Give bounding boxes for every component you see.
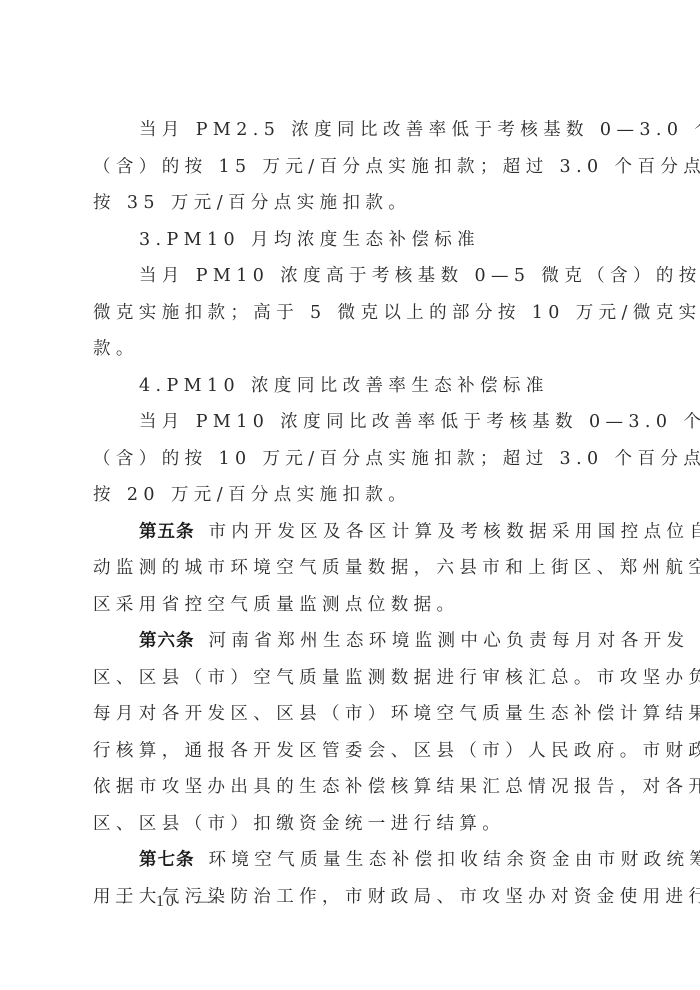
text-line: 按 35 万元/百分点实施扣款。 — [93, 185, 607, 222]
text-line: 区采用省控空气质量监测点位数据。 — [93, 587, 607, 624]
article-label: 第七条 — [139, 850, 195, 870]
line-text: 当月 PM10 浓度高于考核基数 0—5 微克（含）的按 5 万元/ — [139, 266, 700, 286]
text-line: 行核算，通报各开发区管委会、区县（市）人民政府。市财政局 — [93, 733, 607, 770]
article-line: 第六条河南省郑州生态环境监测中心负责每月对各开发 — [93, 623, 607, 660]
text-line: 当月 PM10 浓度同比改善率低于考核基数 0—3.0 个百分点 — [93, 404, 607, 441]
line-text: 4.PM10 浓度同比改善率生态补偿标准 — [139, 376, 549, 396]
line-text: 动监测的城市环境空气质量数据，六县市和上街区、郑州航空港 — [93, 558, 700, 578]
text-line: 动监测的城市环境空气质量数据，六县市和上街区、郑州航空港 — [93, 550, 607, 587]
line-text: 环境空气质量生态补偿扣收结余资金由市财政统筹 — [209, 850, 700, 870]
text-line: 每月对各开发区、区县（市）环境空气质量生态补偿计算结果进 — [93, 696, 607, 733]
footer-dash-left: — — [116, 893, 134, 910]
line-text: 河南省郑州生态环境监测中心负责每月对各开发 — [209, 631, 690, 651]
line-text: （含）的按 15 万元/百分点实施扣款；超过 3.0 个百分点的部分 — [93, 157, 700, 177]
article-line: 第五条市内开发区及各区计算及考核数据采用国控点位自 — [93, 514, 607, 551]
document-body: 当月 PM2.5 浓度同比改善率低于考核基数 0—3.0 个百分点（含）的按 1… — [93, 112, 607, 915]
line-text: （含）的按 10 万元/百分点实施扣款；超过 3.0 个百分点的部分 — [93, 449, 700, 469]
article-label: 第五条 — [139, 522, 195, 542]
text-line: 微克实施扣款；高于 5 微克以上的部分按 10 万元/微克实施扣 — [93, 295, 607, 332]
text-line: 当月 PM2.5 浓度同比改善率低于考核基数 0—3.0 个百分点 — [93, 112, 607, 149]
line-text: 每月对各开发区、区县（市）环境空气质量生态补偿计算结果进 — [93, 704, 700, 724]
article-label: 第六条 — [139, 631, 195, 651]
line-text: 当月 PM10 浓度同比改善率低于考核基数 0—3.0 个百分点 — [139, 412, 700, 432]
line-text: 区、区县（市）空气质量监测数据进行审核汇总。市攻坚办负责 — [93, 668, 700, 688]
line-text: 微克实施扣款；高于 5 微克以上的部分按 10 万元/微克实施扣 — [93, 303, 700, 323]
text-line: 区、区县（市）扣缴资金统一进行结算。 — [93, 806, 607, 843]
text-line: （含）的按 15 万元/百分点实施扣款；超过 3.0 个百分点的部分 — [93, 149, 607, 186]
text-line: 当月 PM10 浓度高于考核基数 0—5 微克（含）的按 5 万元/ — [93, 258, 607, 295]
line-text: 款。 — [93, 339, 139, 359]
line-text: 区、区县（市）扣缴资金统一进行结算。 — [93, 814, 505, 834]
text-line: 按 20 万元/百分点实施扣款。 — [93, 477, 607, 514]
line-text: 行核算，通报各开发区管委会、区县（市）人民政府。市财政局 — [93, 741, 700, 761]
line-text: 按 20 万元/百分点实施扣款。 — [93, 485, 411, 505]
text-line: 款。 — [93, 331, 607, 368]
line-text: 当月 PM2.5 浓度同比改善率低于考核基数 0—3.0 个百分点 — [139, 120, 700, 140]
line-text: 市内开发区及各区计算及考核数据采用国控点位自 — [209, 522, 700, 542]
page-number: 10 — [156, 893, 176, 910]
line-text: 依据市攻坚办出具的生态补偿核算结果汇总情况报告，对各开发 — [93, 777, 700, 797]
article-line: 第七条环境空气质量生态补偿扣收结余资金由市财政统筹 — [93, 842, 607, 879]
text-line: 依据市攻坚办出具的生态补偿核算结果汇总情况报告，对各开发 — [93, 769, 607, 806]
text-line: 3.PM10 月均浓度生态补偿标准 — [93, 222, 607, 259]
text-line: 4.PM10 浓度同比改善率生态补偿标准 — [93, 368, 607, 405]
line-text: 3.PM10 月均浓度生态补偿标准 — [139, 230, 480, 250]
line-text: 区采用省控空气质量监测点位数据。 — [93, 595, 459, 615]
page-footer: — 10 — — [108, 893, 224, 911]
text-line: 区、区县（市）空气质量监测数据进行审核汇总。市攻坚办负责 — [93, 660, 607, 697]
text-line: （含）的按 10 万元/百分点实施扣款；超过 3.0 个百分点的部分 — [93, 441, 607, 478]
footer-dash-right: — — [198, 893, 216, 910]
line-text: 按 35 万元/百分点实施扣款。 — [93, 193, 411, 213]
